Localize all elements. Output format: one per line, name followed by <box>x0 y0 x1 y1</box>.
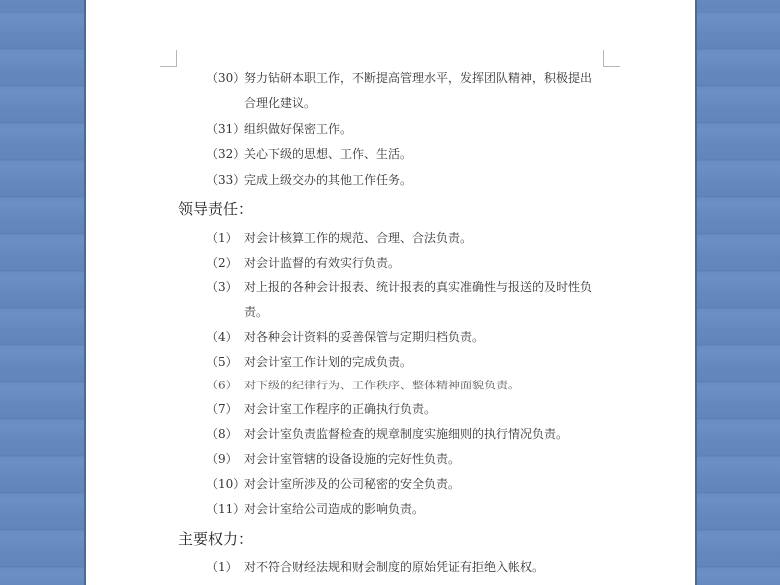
list-item-text: 对会计核算工作的规范、合理、合法负责。 <box>244 230 472 246</box>
list-item-text: 完成上级交办的其他工作任务。 <box>244 172 412 188</box>
section-heading-powers: 主要权力： <box>178 529 253 549</box>
page-shadow-right <box>695 0 697 585</box>
list-item-number: （33） <box>206 172 245 188</box>
list-item-number: （11） <box>206 501 245 517</box>
list-item-number: （7） <box>206 401 238 417</box>
list-item-text: 对会计室工作计划的完成负责。 <box>244 354 412 370</box>
section-heading-leadership: 领导责任： <box>178 199 253 219</box>
list-item-number: （8） <box>206 426 238 442</box>
list-item-text: 对会计室所涉及的公司秘密的安全负责。 <box>244 476 460 492</box>
list-item-continuation: 合理化建议。 <box>244 95 316 111</box>
list-item-text: 关心下级的思想、工作、生活。 <box>244 146 412 162</box>
list-item-number: （30） <box>206 70 245 86</box>
list-item-number: （5） <box>206 354 238 370</box>
list-item-text: 对各种会计资料的妥善保管与定期归档负责。 <box>244 329 484 345</box>
list-item-number: （9） <box>206 451 238 467</box>
document-page[interactable]: （30） 努力钻研本职工作，不断提高管理水平，发挥团队精神，积极提出 合理化建议… <box>86 0 695 585</box>
list-item-number: （32） <box>206 146 245 162</box>
list-item-number: （31） <box>206 121 245 137</box>
list-item-text: 对会计室管辖的设备设施的完好性负责。 <box>244 451 460 467</box>
margin-marker-top-right <box>603 50 620 67</box>
list-item-number: （2） <box>206 255 238 271</box>
list-item-number: （6） <box>206 378 238 391</box>
list-item-text: 组织做好保密工作。 <box>244 121 352 137</box>
list-item-text: 对会计室工作程序的正确执行负责。 <box>244 401 436 417</box>
list-item-text: 对上报的各种会计报表、统计报表的真实准确性与报送的及时性负 <box>244 279 592 295</box>
list-item-text: 努力钻研本职工作，不断提高管理水平，发挥团队精神，积极提出 <box>244 70 592 86</box>
list-item-number: （3） <box>206 279 238 295</box>
list-item-text: 对下级的纪律行为、工作秩序、整体精神面貌负责。 <box>244 378 520 391</box>
list-item-number: （10） <box>206 476 245 492</box>
list-item-text: 对不符合财经法规和财会制度的原始凭证有拒绝入帐权。 <box>244 559 544 575</box>
list-item-text: 对会计室负责监督检查的规章制度实施细则的执行情况负责。 <box>244 426 568 442</box>
margin-marker-top-left <box>160 50 177 67</box>
list-item-continuation: 责。 <box>244 304 268 320</box>
list-item-number: （4） <box>206 329 238 345</box>
list-item-text: 对会计监督的有效实行负责。 <box>244 255 400 271</box>
list-item-text: 对会计室给公司造成的影响负责。 <box>244 501 424 517</box>
list-item-number: （1） <box>206 230 238 246</box>
list-item-number: （1） <box>206 559 238 575</box>
